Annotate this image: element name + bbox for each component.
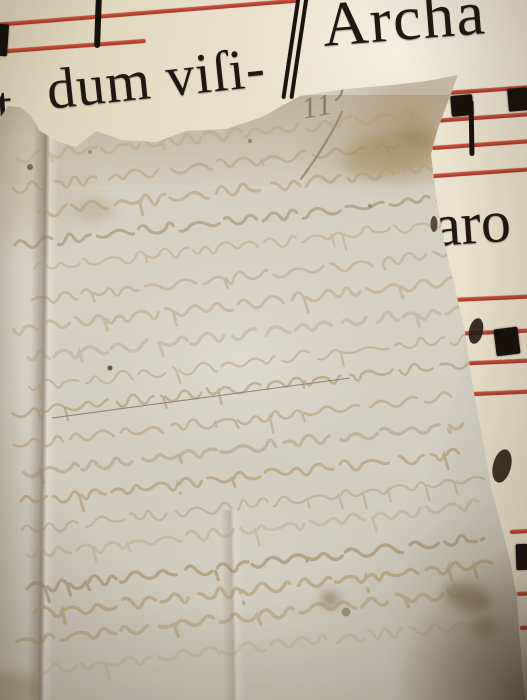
neume-square-stub (516, 544, 527, 570)
photo-manuscript-scene: t dum viſi- Archa aro (0, 0, 527, 700)
staff-line-red (432, 112, 527, 123)
staff-line-red (0, 0, 299, 27)
print-text-dum-visi: dum viſi- (44, 39, 268, 119)
neume-square (493, 327, 520, 357)
handwriting-line (14, 190, 465, 250)
handwriting-line (27, 499, 484, 570)
handwriting-line (21, 474, 486, 546)
note-stem (94, 0, 102, 48)
handwriting-line (31, 245, 488, 310)
handwriting-line (12, 358, 469, 427)
stain-group (0, 126, 497, 700)
staff-line-red-stub (520, 626, 527, 630)
handwriting-line (16, 587, 465, 654)
handwriting-lines (12, 109, 494, 687)
staff-line-red-stub (510, 529, 527, 534)
double-barline-right (289, 0, 308, 99)
handwriting-line (32, 616, 494, 687)
handwriting-line (27, 533, 486, 604)
print-text-archa: Archa (320, 0, 488, 57)
staff-line-red (432, 139, 527, 150)
note-stem (469, 100, 475, 156)
staff-line-red-stub (517, 591, 527, 596)
neume-square (507, 87, 527, 112)
handwriting-line (13, 275, 463, 345)
